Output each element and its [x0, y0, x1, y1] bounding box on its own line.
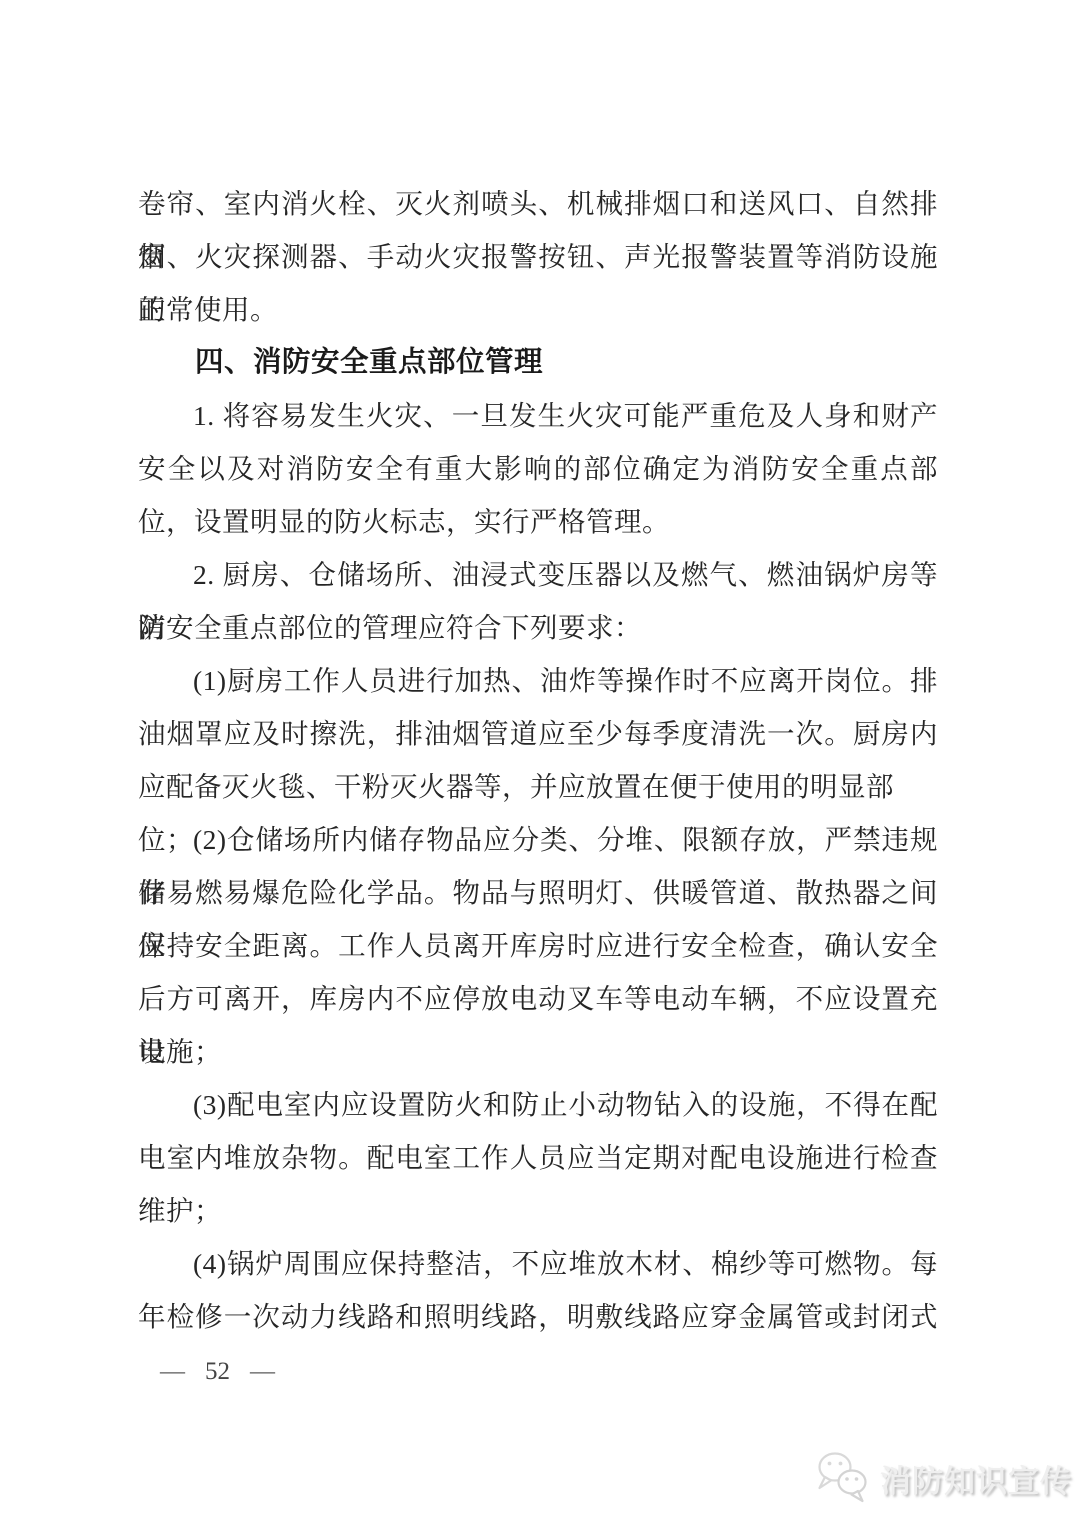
watermark: 消防知识宣传 — [812, 1450, 1072, 1506]
body-line-11: 油烟罩应及时擦洗，排油烟管道应至少每季度清洗一次。厨房内 — [138, 707, 938, 760]
document-page: 卷帘、室内消火栓、灭火剂喷头、机械排烟口和送风口、自然排烟 窗、火灾探测器、手动… — [0, 0, 1080, 1527]
body-line-8: 2. 厨房、仓储场所、油浸式变压器以及燃气、燃油锅炉房等消 — [138, 548, 938, 601]
body-line-20: 维护； — [138, 1184, 938, 1237]
body-line-14: 存易燃易爆危险化学品。物品与照明灯、供暖管道、散热器之间应 — [138, 866, 938, 919]
body-line-15: 保持安全距离。工作人员离开库房时应进行安全检查，确认安全 — [138, 919, 938, 972]
body-line-16: 后方可离开，库房内不应停放电动叉车等电动车辆，不应设置充电 — [138, 972, 938, 1025]
page-number: — 52 — — [138, 1352, 938, 1392]
body-line-2: 窗、火灾探测器、手动火灾报警按钮、声光报警装置等消防设施的 — [138, 230, 938, 283]
document-body: 卷帘、室内消火栓、灭火剂喷头、机械排烟口和送风口、自然排烟 窗、火灾探测器、手动… — [138, 177, 938, 1392]
body-line-22: 年检修一次动力线路和照明线路，明敷线路应穿金属管或封闭式 — [138, 1290, 938, 1343]
body-line-7: 位，设置明显的防火标志，实行严格管理。 — [138, 495, 938, 548]
body-line-17: 设施； — [138, 1025, 938, 1078]
body-line-3: 正常使用。 — [138, 283, 938, 336]
body-line-5: 1. 将容易发生火灾、一旦发生火灾可能严重危及人身和财产 — [138, 389, 938, 442]
body-line-21: (4)锅炉周围应保持整洁，不应堆放木材、棉纱等可燃物。每 — [138, 1237, 938, 1290]
body-line-10: (1)厨房工作人员进行加热、油炸等操作时不应离开岗位。排 — [138, 654, 938, 707]
wechat-icon — [812, 1450, 872, 1506]
page-number-dash-right: — — [250, 1352, 275, 1392]
body-line-18: (3)配电室内应设置防火和防止小动物钻入的设施，不得在配 — [138, 1078, 938, 1131]
section-heading: 四、消防安全重点部位管理 — [138, 336, 938, 389]
body-line-19: 电室内堆放杂物。配电室工作人员应当定期对配电设施进行检查 — [138, 1131, 938, 1184]
page-number-value: 52 — [205, 1352, 230, 1392]
body-line-13: (2)仓储场所内储存物品应分类、分堆、限额存放，严禁违规储 — [138, 813, 938, 866]
body-line-6: 安全以及对消防安全有重大影响的部位确定为消防安全重点部 — [138, 442, 938, 495]
body-line-9: 防安全重点部位的管理应符合下列要求： — [138, 601, 938, 654]
watermark-label: 消防知识宣传 — [880, 1456, 1072, 1501]
page-number-dash-left: — — [160, 1352, 185, 1392]
body-line-1: 卷帘、室内消火栓、灭火剂喷头、机械排烟口和送风口、自然排烟 — [138, 177, 938, 230]
body-line-12: 应配备灭火毯、干粉灭火器等，并应放置在便于使用的明显部位； — [138, 760, 938, 813]
